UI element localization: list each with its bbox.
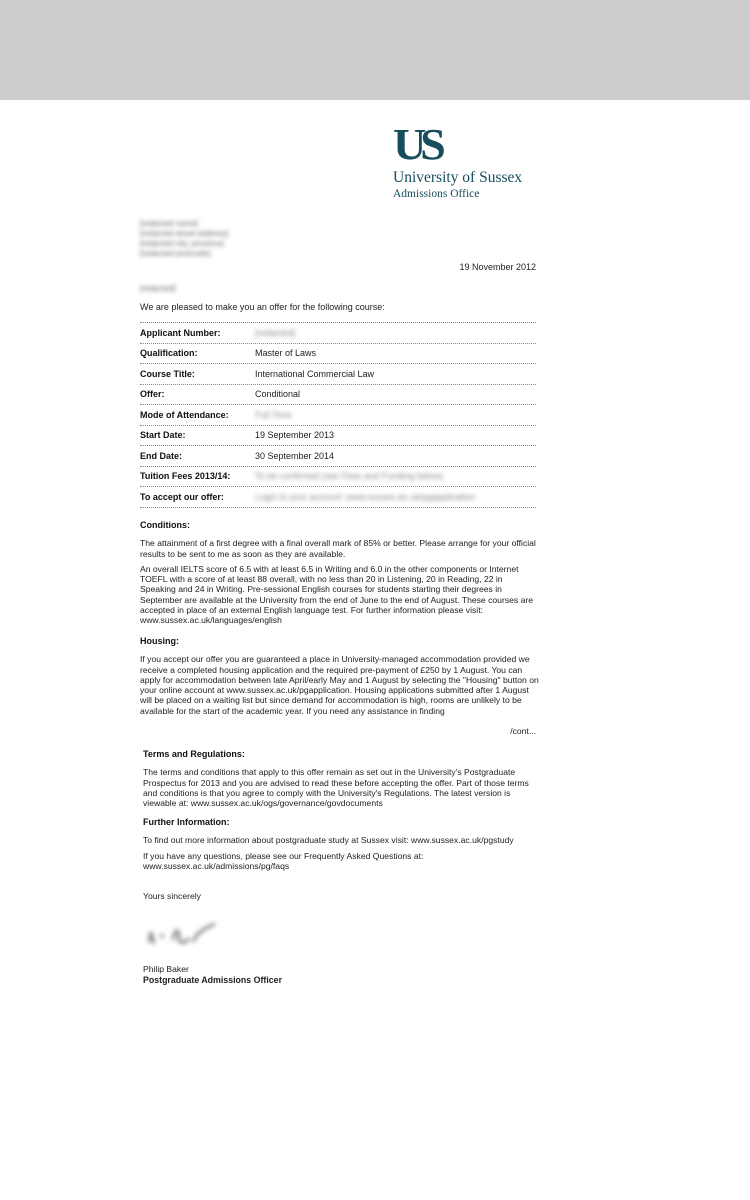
further-info-paragraph: If you have any questions, please see ou… <box>143 851 443 872</box>
letter-date: 19 November 2012 <box>459 262 536 272</box>
detail-label: To accept our offer: <box>140 492 255 502</box>
housing-heading: Housing: <box>140 636 540 646</box>
university-logo: US University of Sussex Admissions Offic… <box>393 125 522 201</box>
conditions-paragraph: The attainment of a first degree with a … <box>140 538 540 559</box>
signatory-title: Postgraduate Admissions Officer <box>143 975 282 985</box>
address-line: [redacted street address] <box>140 229 229 239</box>
detail-label: Course Title: <box>140 369 255 379</box>
signatory-name: Philip Baker <box>143 964 189 975</box>
detail-label: Start Date: <box>140 430 255 440</box>
signature-image <box>145 920 225 950</box>
detail-value: Master of Laws <box>255 348 536 358</box>
terms-section: Terms and Regulations: The terms and con… <box>143 749 543 813</box>
further-info-heading: Further Information: <box>143 817 543 827</box>
detail-row: Tuition Fees 2013/14:To be confirmed (se… <box>140 466 536 487</box>
detail-row: Mode of Attendance:Full Time <box>140 404 536 425</box>
detail-value: Conditional <box>255 389 536 399</box>
detail-label: Mode of Attendance: <box>140 410 255 420</box>
detail-label: End Date: <box>140 451 255 461</box>
housing-section: Housing: If you accept our offer you are… <box>140 636 540 721</box>
housing-paragraph: If you accept our offer you are guarante… <box>140 654 540 716</box>
address-line: [redacted city, province] <box>140 239 229 249</box>
address-line: [redacted name] <box>140 219 229 229</box>
offer-details-table: Applicant Number:[redacted]Qualification… <box>140 322 536 508</box>
conditions-heading: Conditions: <box>140 520 540 530</box>
intro-text: We are pleased to make you an offer for … <box>140 302 385 312</box>
terms-heading: Terms and Regulations: <box>143 749 543 759</box>
terms-paragraph: The terms and conditions that apply to t… <box>143 767 543 808</box>
closing: Yours sincerely <box>143 891 201 901</box>
continued-marker: /cont... <box>510 726 536 736</box>
detail-value: [redacted] <box>255 328 536 338</box>
detail-value: 19 September 2013 <box>255 430 536 440</box>
viewer-toolbar-band <box>0 0 750 100</box>
detail-value: International Commercial Law <box>255 369 536 379</box>
detail-label: Applicant Number: <box>140 328 255 338</box>
department-name: Admissions Office <box>393 187 522 201</box>
detail-label: Offer: <box>140 389 255 399</box>
address-line: [redacted postcode] <box>140 249 229 259</box>
detail-row: Course Title:International Commercial La… <box>140 363 536 384</box>
detail-label: Qualification: <box>140 348 255 358</box>
detail-row: End Date:30 September 2014 <box>140 445 536 466</box>
detail-value: To be confirmed (see Fees and Funding be… <box>255 471 536 481</box>
conditions-paragraph: An overall IELTS score of 6.5 with at le… <box>140 564 540 626</box>
further-info-section: Further Information: To find out more in… <box>143 817 543 876</box>
detail-label: Tuition Fees 2013/14: <box>140 471 255 481</box>
detail-row: To accept our offer:Login to your accoun… <box>140 486 536 508</box>
salutation: [redacted] <box>140 284 176 293</box>
detail-row: Applicant Number:[redacted] <box>140 322 536 343</box>
detail-row: Offer:Conditional <box>140 384 536 405</box>
detail-value: 30 September 2014 <box>255 451 536 461</box>
detail-row: Start Date:19 September 2013 <box>140 425 536 446</box>
logo-mark: US <box>393 125 529 165</box>
detail-value: Login to your account: www.sussex.ac.uk/… <box>255 492 536 502</box>
detail-row: Qualification:Master of Laws <box>140 343 536 364</box>
detail-value: Full Time <box>255 410 536 420</box>
university-name: University of Sussex <box>393 169 522 187</box>
conditions-section: Conditions: The attainment of a first de… <box>140 520 540 631</box>
further-info-paragraph: To find out more information about postg… <box>143 835 543 845</box>
recipient-address: [redacted name] [redacted street address… <box>140 219 229 259</box>
